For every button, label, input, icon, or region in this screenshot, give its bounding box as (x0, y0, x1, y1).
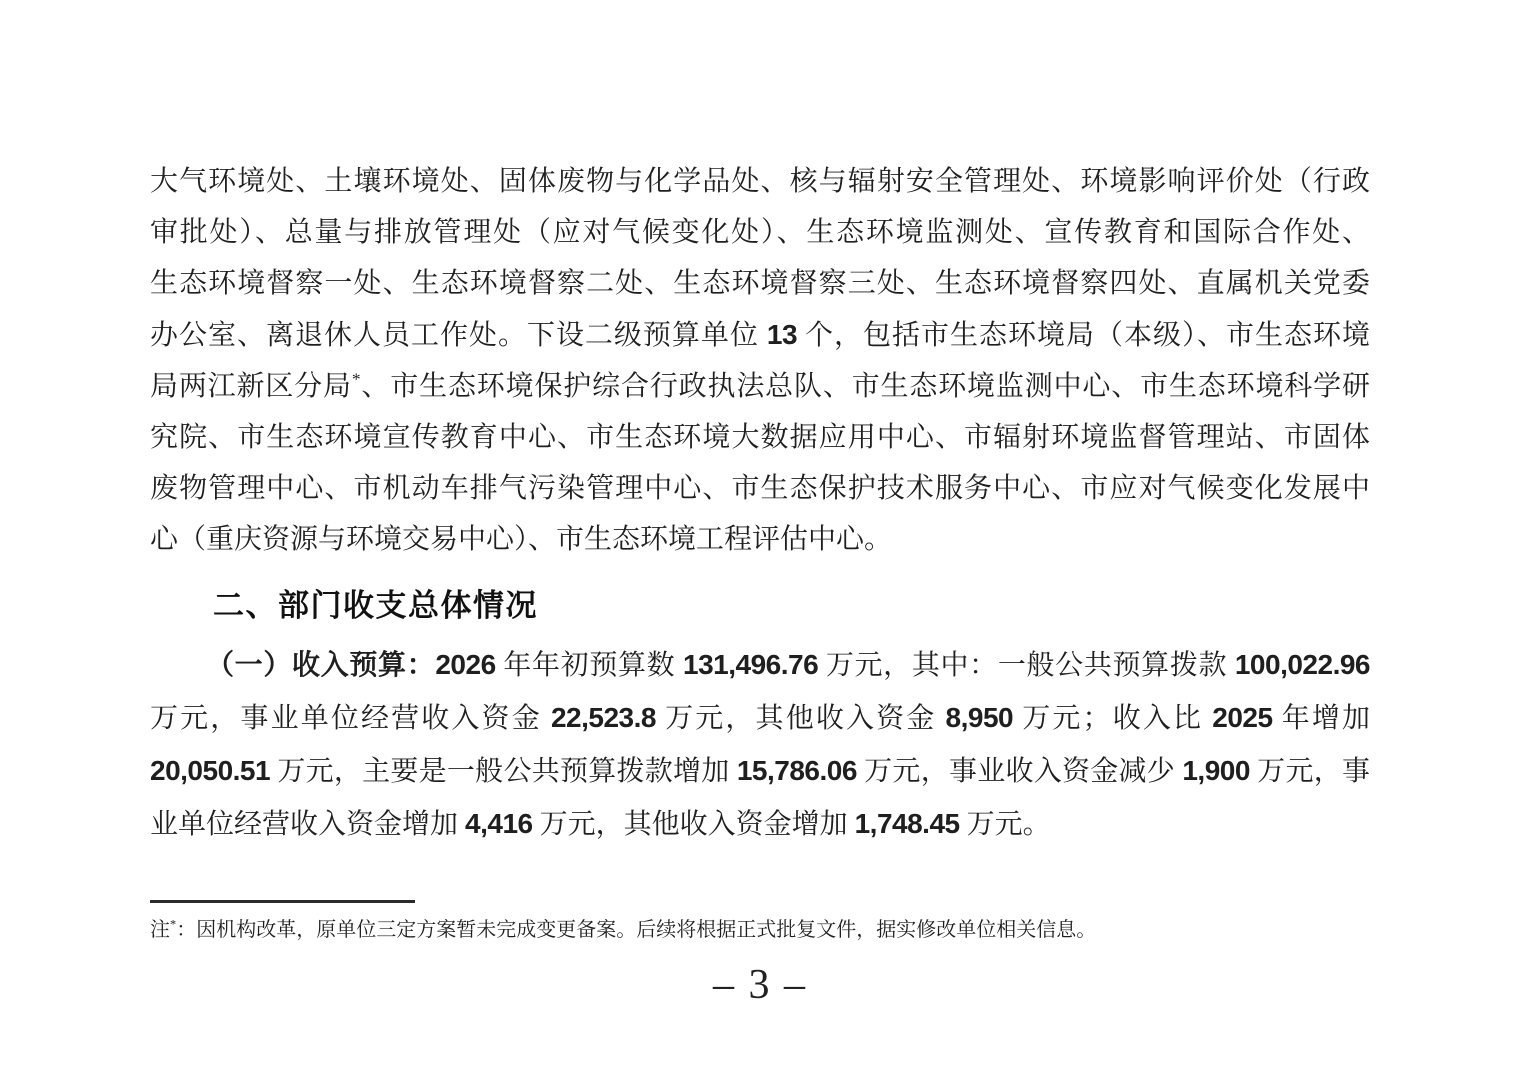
body-line: 废物管理中心、市机动车排气污染管理中心、市生态保护技术服务中心、市应对气候变化发… (150, 463, 1370, 514)
body-line: 局两江新区分局*、市生态环境保护综合行政执法总队、市生态环境监测中心、市生态环境… (150, 361, 1370, 412)
body-line: 万元，事业单位经营收入资金 22,523.8 万元，其他收入资金 8,950 万… (150, 692, 1370, 745)
body-line: 大气环境处、土壤环境处、固体废物与化学品处、核与辐射安全管理处、环境影响评价处（… (150, 156, 1370, 207)
document-page: 大气环境处、土壤环境处、固体废物与化学品处、核与辐射安全管理处、环境影响评价处（… (0, 0, 1520, 1074)
body-line: 业单位经营收入资金增加 4,416 万元，其他收入资金增加 1,748.45 万… (150, 798, 1370, 851)
body-line: 审批处）、总量与排放管理处（应对气候变化处）、生态环境监测处、宣传教育和国际合作… (150, 207, 1370, 258)
body-line: （一）收入预算：2026 年年初预算数 131,496.76 万元，其中：一般公… (150, 639, 1370, 692)
body-line: 办公室、离退休人员工作处。下设二级预算单位 13 个，包括市生态环境局（本级）、… (150, 309, 1370, 361)
page-number: – 3 – (0, 960, 1520, 1010)
body-line: 20,050.51 万元，主要是一般公共预算拨款增加 15,786.06 万元，… (150, 745, 1370, 798)
income-paragraph: （一）收入预算：2026 年年初预算数 131,496.76 万元，其中：一般公… (150, 639, 1370, 851)
footnote-text: 注*：因机构改革，原单位三定方案暂未完成变更备案。后续将根据正式批复文件，据实修… (150, 915, 1370, 945)
footnote-separator (150, 900, 415, 903)
body-line: 究院、市生态环境宣传教育中心、市生态环境大数据应用中心、市辐射环境监督管理站、市… (150, 412, 1370, 463)
income-paragraph-line1-rest: 2026 年年初预算数 131,496.76 万元，其中：一般公共预算拨款 10… (435, 650, 1370, 681)
body-line: 生态环境督察一处、生态环境督察二处、生态环境督察三处、生态环境督察四处、直属机关… (150, 258, 1370, 309)
organization-paragraph: 大气环境处、土壤环境处、固体废物与化学品处、核与辐射安全管理处、环境影响评价处（… (150, 156, 1370, 565)
section-heading: 二、部门收支总体情况 (150, 589, 1370, 623)
document-body: 大气环境处、土壤环境处、固体废物与化学品处、核与辐射安全管理处、环境影响评价处（… (150, 0, 1370, 945)
income-paragraph-lead: （一）收入预算： (206, 650, 435, 681)
body-line: 心（重庆资源与环境交易中心）、市生态环境工程评估中心。 (150, 514, 1370, 565)
